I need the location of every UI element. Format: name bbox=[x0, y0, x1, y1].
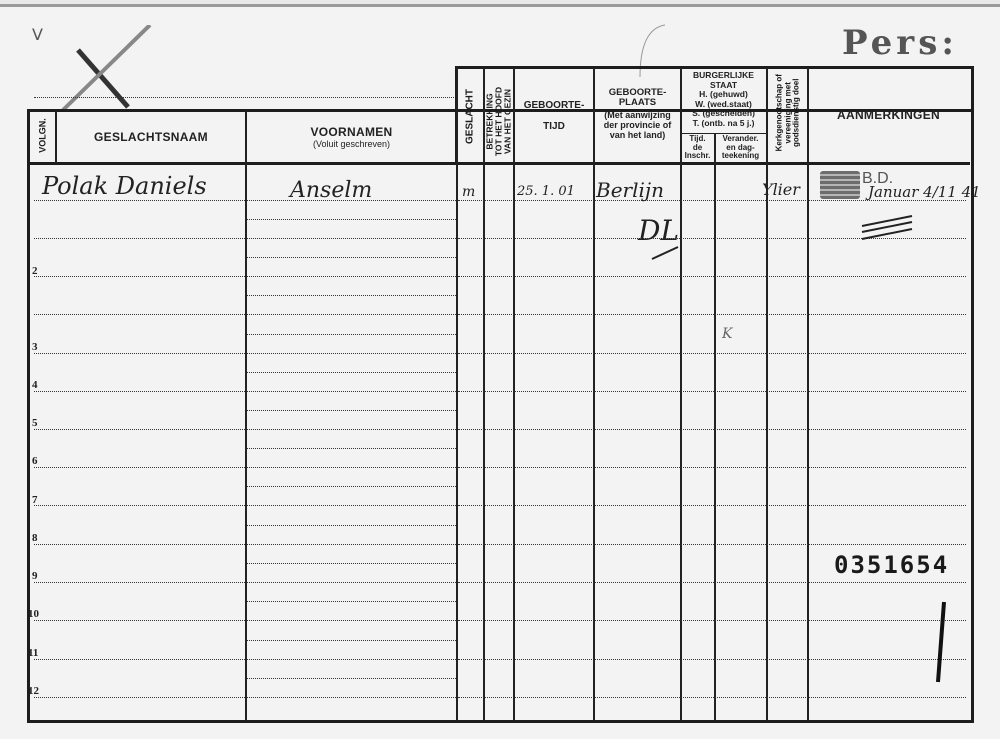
header-geslacht: GESLACHT bbox=[466, 82, 475, 152]
stamp-icon bbox=[820, 171, 860, 199]
header-voornamen-label: VOORNAMEN bbox=[247, 125, 456, 139]
header-aanmerkingen: AANMERKINGEN bbox=[809, 108, 968, 122]
row-number: 3 bbox=[32, 341, 38, 353]
register-table bbox=[27, 109, 974, 723]
entry-geslacht: m bbox=[462, 184, 475, 200]
header-burgerlijke-staat: BURGERLIJKE STAAT H. (gehuwd) W. (wed.st… bbox=[681, 71, 766, 128]
initials-underline bbox=[650, 245, 680, 261]
header-volgn: VOLGN. bbox=[39, 111, 48, 161]
row-number: 8 bbox=[32, 532, 38, 544]
entry-kerkgenootschap: Ylier bbox=[762, 180, 800, 199]
card-title: Pers: bbox=[842, 23, 958, 63]
top-dotted-line bbox=[34, 97, 454, 98]
row-number: 4 bbox=[32, 379, 38, 391]
row-number: 2 bbox=[32, 265, 38, 277]
entry-geboortetijd: 25. 1. 01 bbox=[517, 184, 575, 199]
aanmerkingen-underline bbox=[858, 212, 918, 242]
cross-mark-icon bbox=[58, 25, 158, 115]
header-tijd-inschr: Tijd. de Inschr. bbox=[681, 135, 714, 161]
row-number: 12 bbox=[28, 685, 39, 697]
serial-number: 0351654 bbox=[834, 551, 949, 579]
header-geboortetijd: GEBOORTE- TIJD bbox=[515, 100, 593, 132]
entry-geboorteplaats: Berlijn bbox=[596, 178, 664, 202]
header-kerkgenootschap: Kerkgenootschap of vereeniging met godsd… bbox=[775, 68, 801, 158]
header-betrekking: BETREKKING TOT HET HOOFD VAN HET GEZIN bbox=[486, 76, 513, 168]
entry-geboorteplaats-initials: DL bbox=[638, 214, 679, 247]
header-geboorteplaats: GEBOORTE- PLAATS (Met aanwijzing der pro… bbox=[595, 88, 680, 140]
header-voornamen-sub: (Voluit geschreven) bbox=[247, 139, 456, 149]
header-verandering: Verander. en dag- teekening bbox=[715, 135, 766, 161]
header-geslachtsnaam: GESLACHTSNAAM bbox=[57, 130, 245, 144]
row-number: 5 bbox=[32, 417, 38, 429]
entry-geslachtsnaam: Polak Daniels bbox=[42, 172, 207, 200]
entry-verandering-mark: K bbox=[722, 326, 732, 342]
corner-mark: V bbox=[32, 25, 43, 44]
row-number: 7 bbox=[32, 494, 38, 506]
row-number: 11 bbox=[28, 647, 38, 659]
header-voornamen: VOORNAMEN (Voluit geschreven) bbox=[247, 125, 456, 149]
row-number: 6 bbox=[32, 455, 38, 467]
row-number: 10 bbox=[28, 608, 39, 620]
entry-voornamen: Anselm bbox=[290, 178, 372, 203]
row-number: 9 bbox=[32, 570, 38, 582]
entry-aanmerkingen-note: Januar 4/11 41 bbox=[868, 183, 981, 201]
pencil-vertical-stroke bbox=[930, 600, 950, 686]
